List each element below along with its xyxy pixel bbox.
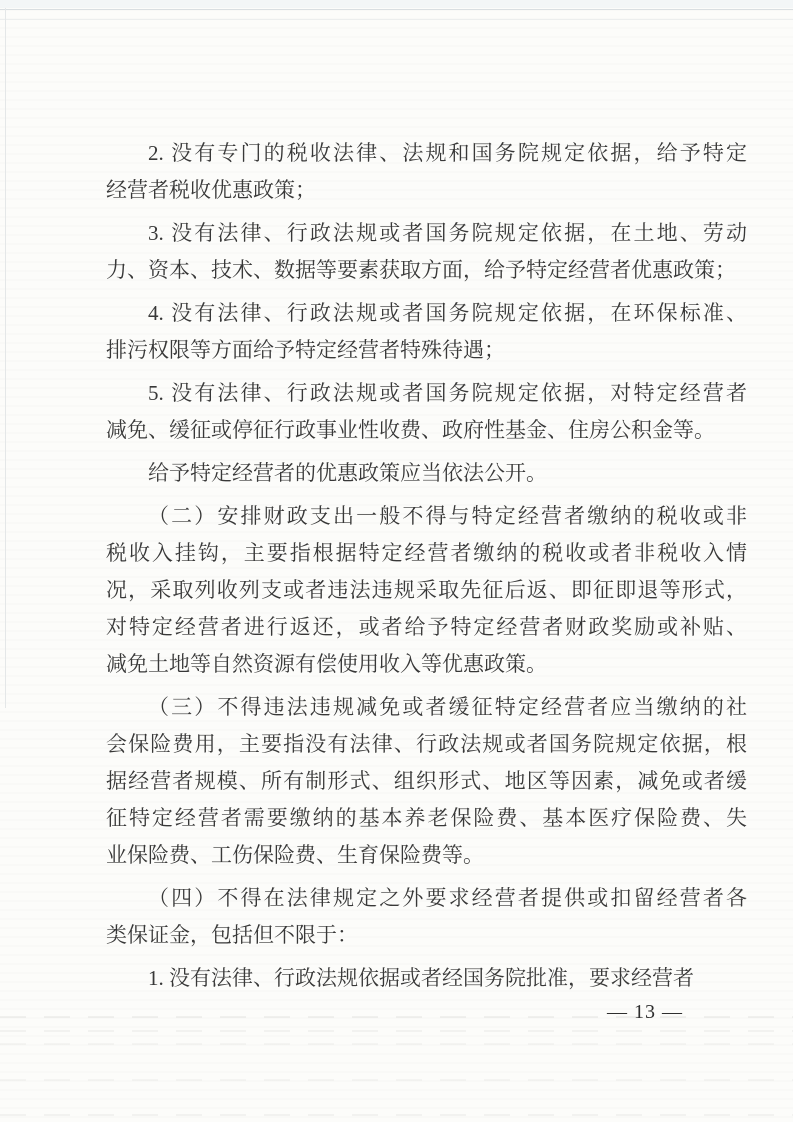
scan-artifact-streak xyxy=(0,1079,793,1081)
paragraph-section-three: （三）不得违法违规减免或者缓征特定经营者应当缴纳的社会保险费用，主要指没有法律、… xyxy=(106,689,747,874)
document-body: 2. 没有专门的税收法律、法规和国务院规定依据，给予特定经营者税收优惠政策； 3… xyxy=(106,135,747,997)
paragraph-section-four: （四）不得在法律规定之外要求经营者提供或扣留经营者各类保证金，包括但不限于： xyxy=(106,880,747,954)
list-item-3-factor-access: 3. 没有法律、行政法规或者国务院规定依据，在土地、劳动力、资本、技术、数据等要… xyxy=(106,215,747,289)
scan-artifact-streak xyxy=(0,1030,793,1032)
text-line: （三）不得违法违规减免或者缓征特定经营者应当缴纳的社 xyxy=(106,689,747,726)
page-number: — 13 — xyxy=(600,1000,690,1024)
text-line: 1. 没有法律、行政法规依据或者经国务院批准，要求经营者 xyxy=(106,960,747,997)
text-line: 给予特定经营者的优惠政策应当依法公开。 xyxy=(106,455,747,492)
list-item-2-tax-policy: 2. 没有专门的税收法律、法规和国务院规定依据，给予特定经营者税收优惠政策； xyxy=(106,135,747,209)
scan-artifact-left-edge-line xyxy=(5,8,6,708)
text-line: 会保险费用，主要指没有法律、行政法规或者国务院规定依据，根 xyxy=(106,726,747,763)
text-line: 况，采取列收列支或者违法违规采取先征后返、即征即退等形式， xyxy=(106,572,747,609)
text-line: 4. 没有法律、行政法规或者国务院规定依据，在环保标准、 xyxy=(106,295,747,332)
text-line: （二）安排财政支出一般不得与特定经营者缴纳的税收或非 xyxy=(106,498,747,535)
paragraph-section-two: （二）安排财政支出一般不得与特定经营者缴纳的税收或非税收入挂钩，主要指根据特定经… xyxy=(106,498,747,683)
text-line: 征特定经营者需要缴纳的基本养老保险费、基本医疗保险费、失 xyxy=(106,800,747,837)
scan-artifact-top-band xyxy=(0,0,793,8)
text-line: 3. 没有法律、行政法规或者国务院规定依据，在土地、劳动 xyxy=(106,215,747,252)
text-line: 类保证金，包括但不限于： xyxy=(106,917,747,954)
scan-artifact-top-hairline-faint xyxy=(0,19,793,20)
scan-artifact-top-hairline xyxy=(0,9,793,10)
text-line: 减免土地等自然资源有偿使用收入等优惠政策。 xyxy=(106,646,747,683)
text-line: 业保险费、工伤保险费、生育保险费等。 xyxy=(106,837,747,874)
list-item-1-deposits: 1. 没有法律、行政法规依据或者经国务院批准，要求经营者 xyxy=(106,960,747,997)
scanned-document-page: 2. 没有专门的税收法律、法规和国务院规定依据，给予特定经营者税收优惠政策； 3… xyxy=(0,0,793,1122)
scan-artifact-streak xyxy=(0,1114,793,1116)
text-line: 减免、缓征或停征行政事业性收费、政府性基金、住房公积金等。 xyxy=(106,412,747,449)
text-line: 5. 没有法律、行政法规或者国务院规定依据，对特定经营者 xyxy=(106,375,747,412)
scan-artifact-streak xyxy=(0,1043,793,1045)
text-line: 排污权限等方面给予特定经营者特殊待遇； xyxy=(106,332,747,369)
text-line: 税收入挂钩，主要指根据特定经营者缴纳的税收或者非税收入情 xyxy=(106,535,747,572)
list-item-4-environmental-treatment: 4. 没有法律、行政法规或者国务院规定依据，在环保标准、排污权限等方面给予特定经… xyxy=(106,295,747,369)
text-line: 对特定经营者进行返还，或者给予特定经营者财政奖励或补贴、 xyxy=(106,609,747,646)
text-line: 经营者税收优惠政策； xyxy=(106,172,747,209)
text-line: 2. 没有专门的税收法律、法规和国务院规定依据，给予特定 xyxy=(106,135,747,172)
list-item-5-fee-exemption: 5. 没有法律、行政法规或者国务院规定依据，对特定经营者减免、缓征或停征行政事业… xyxy=(106,375,747,449)
text-line: （四）不得在法律规定之外要求经营者提供或扣留经营者各 xyxy=(106,880,747,917)
paragraph-disclosure: 给予特定经营者的优惠政策应当依法公开。 xyxy=(106,455,747,492)
text-line: 据经营者规模、所有制形式、组织形式、地区等因素，减免或者缓 xyxy=(106,763,747,800)
text-line: 力、资本、技术、数据等要素获取方面，给予特定经营者优惠政策； xyxy=(106,252,747,289)
